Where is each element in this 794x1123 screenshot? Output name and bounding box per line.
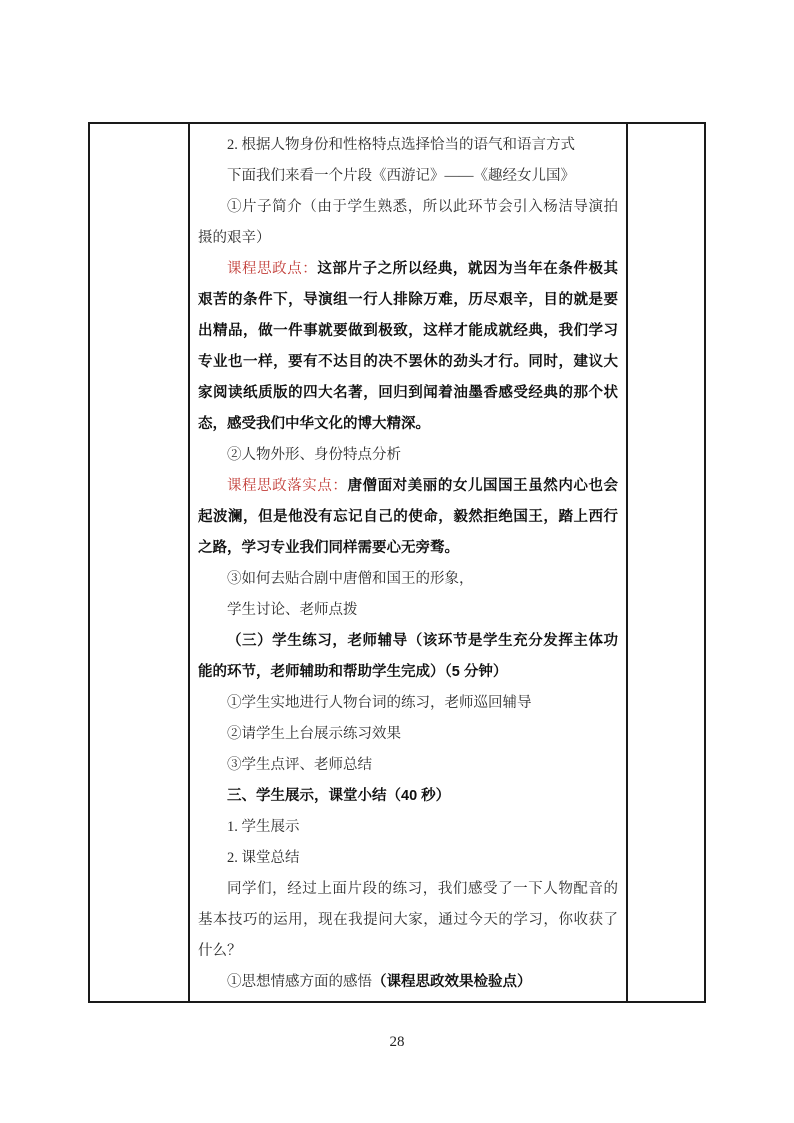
text-run: （课程思政效果检验点）	[372, 974, 532, 990]
paragraph: 下面我们来看一个片段《西游记》——《趣经女儿国》	[198, 161, 618, 192]
text-run: 2. 根据人物身份和性格特点选择恰当的语气和语言方式	[227, 137, 575, 153]
ideology-label: 课程思政点：	[227, 261, 317, 277]
paragraph: 三、学生展示，课堂小结（40 秒）	[198, 781, 618, 812]
paragraph: 1. 学生展示	[198, 812, 618, 843]
text-run: ①学生实地进行人物台词的练习，老师巡回辅导	[227, 695, 532, 711]
text-run: ②请学生上台展示练习效果	[227, 726, 401, 742]
table-cell-right	[628, 124, 704, 1001]
text-run: （三）学生练习，老师辅导（该环节是学生充分发挥主体功能的环节，老师辅助和帮助学生…	[198, 633, 618, 680]
paragraph: 2. 根据人物身份和性格特点选择恰当的语气和语言方式	[198, 130, 618, 161]
table-cell-content: 2. 根据人物身份和性格特点选择恰当的语气和语言方式下面我们来看一个片段《西游记…	[190, 124, 628, 1001]
text-run: 下面我们来看一个片段《西游记》——《趣经女儿国》	[227, 168, 575, 184]
paragraph: ①学生实地进行人物台词的练习，老师巡回辅导	[198, 688, 618, 719]
lesson-plan-table: 2. 根据人物身份和性格特点选择恰当的语气和语言方式下面我们来看一个片段《西游记…	[88, 122, 706, 1003]
text-run: 学生讨论、老师点拨	[227, 602, 358, 618]
text-run: ①思想情感方面的感悟	[227, 974, 372, 990]
paragraph: ②请学生上台展示练习效果	[198, 719, 618, 750]
document-page: 2. 根据人物身份和性格特点选择恰当的语气和语言方式下面我们来看一个片段《西游记…	[0, 0, 794, 1123]
text-run: ②人物外形、身份特点分析	[227, 447, 401, 463]
paragraph: ①片子简介（由于学生熟悉，所以此环节会引入杨洁导演拍摄的艰辛）	[198, 192, 618, 254]
paragraph: 学生讨论、老师点拨	[198, 595, 618, 626]
paragraph: ②人物外形、身份特点分析	[198, 440, 618, 471]
paragraph: 同学们，经过上面片段的练习，我们感受了一下人物配音的基本技巧的运用，现在我提问大…	[198, 874, 618, 967]
text-run: 这部片子之所以经典，就因为当年在条件极其艰苦的条件下，导演组一行人排除万难，历尽…	[198, 261, 618, 432]
paragraph: 2. 课堂总结	[198, 843, 618, 874]
paragraph: ①思想情感方面的感悟（课程思政效果检验点）	[198, 967, 618, 998]
text-run: ③学生点评、老师总结	[227, 757, 372, 773]
text-run: 2. 课堂总结	[227, 850, 300, 866]
text-run: ①片子简介（由于学生熟悉，所以此环节会引入杨洁导演拍摄的艰辛）	[198, 199, 618, 246]
paragraph: ③学生点评、老师总结	[198, 750, 618, 781]
paragraph: 课程思政点：这部片子之所以经典，就因为当年在条件极其艰苦的条件下，导演组一行人排…	[198, 254, 618, 440]
paragraph: ③如何去贴合剧中唐僧和国王的形象，	[198, 564, 618, 595]
text-run: 1. 学生展示	[227, 819, 300, 835]
ideology-label: 课程思政落实点：	[227, 478, 347, 494]
paragraph: 课程思政落实点：唐僧面对美丽的女儿国国王虽然内心也会起波澜，但是他没有忘记自己的…	[198, 471, 618, 564]
text-run: 三、学生展示，课堂小结（40 秒）	[227, 788, 450, 804]
text-run: ③如何去贴合剧中唐僧和国王的形象，	[227, 571, 474, 587]
paragraph: （三）学生练习，老师辅导（该环节是学生充分发挥主体功能的环节，老师辅助和帮助学生…	[198, 626, 618, 688]
paragraph: ②专业方面的感悟好，通过今天的讲授和实训，我想大家对人物	[198, 998, 618, 1001]
table-cell-left	[90, 124, 190, 1001]
page-number: 28	[0, 1034, 794, 1051]
text-run: 同学们，经过上面片段的练习，我们感受了一下人物配音的基本技巧的运用，现在我提问大…	[198, 881, 618, 959]
